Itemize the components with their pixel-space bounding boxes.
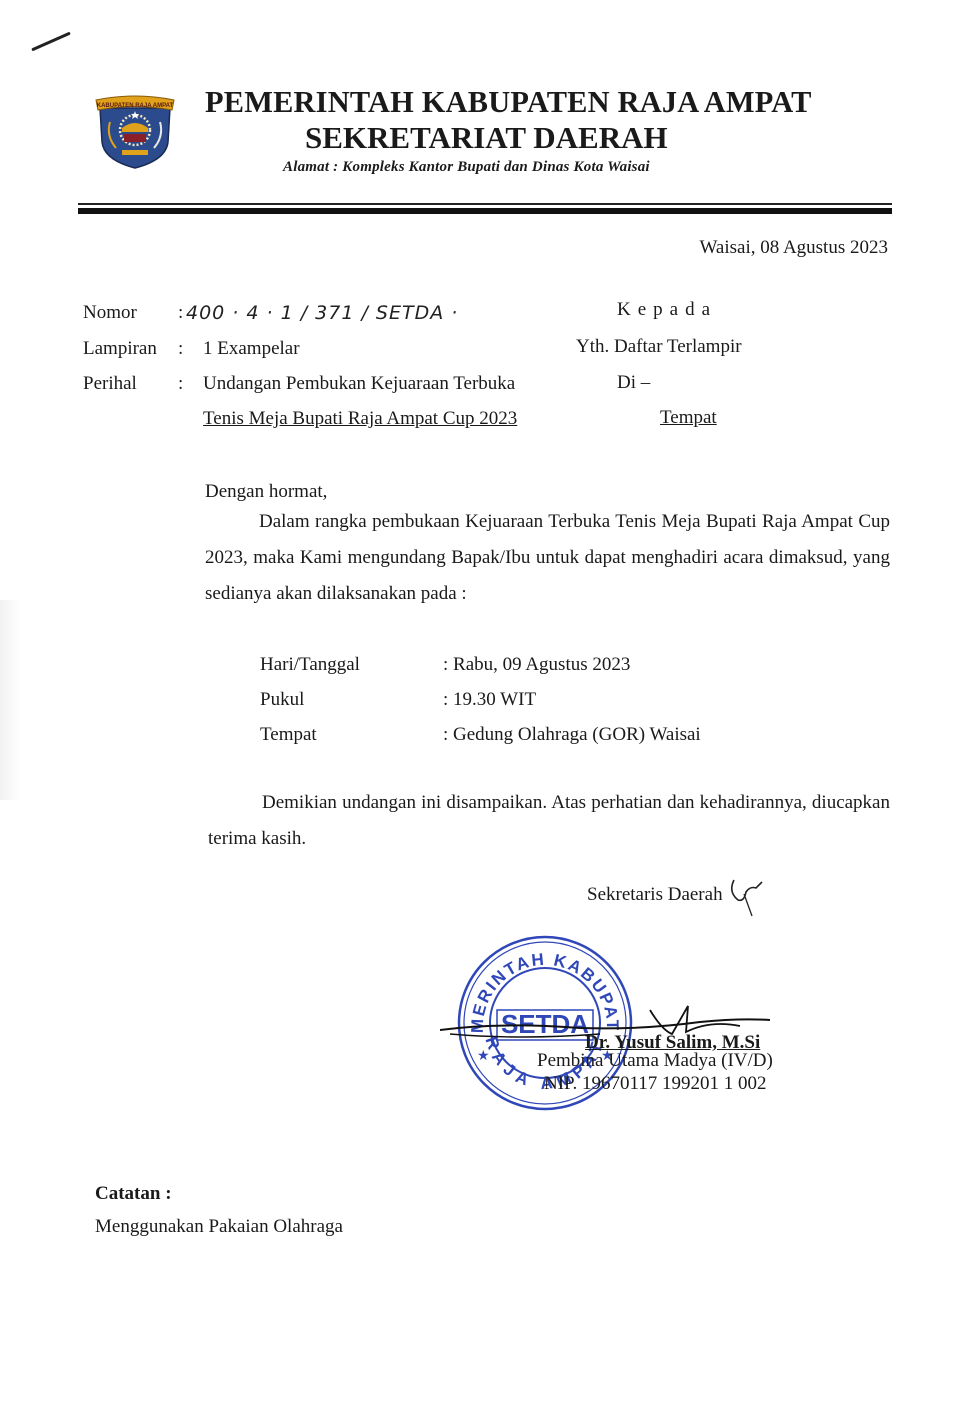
note-value: Menggunakan Pakaian Olahraga	[95, 1216, 343, 1239]
paraf-icon	[728, 872, 764, 920]
signatory-title: Sekretaris Daerah	[587, 884, 723, 907]
note-label: Catatan :	[95, 1183, 172, 1206]
meta-value-perihal: Undangan Pembukan Kejuaraan Terbuka	[203, 373, 515, 396]
letterhead-address: Alamat : Kompleks Kantor Bupati dan Dina…	[283, 159, 650, 176]
pen-mark	[31, 32, 71, 52]
recipient-yth: Yth. Daftar Terlampir	[576, 336, 742, 359]
recipient-kepada: Kepada	[617, 299, 717, 322]
meta-colon: :	[178, 373, 183, 396]
salutation: Dengan hormat,	[205, 481, 327, 504]
letterhead-rule-thin	[78, 203, 892, 205]
meta-label-nomor: Nomor	[83, 302, 137, 325]
signatory-nip: NIP. 19670117 199201 1 002	[544, 1073, 767, 1096]
paragraph-closing: Demikian undangan ini disampaikan. Atas …	[208, 785, 890, 857]
detail-label-venue: Tempat	[260, 724, 317, 747]
svg-text:KABUPATEN RAJA AMPAT: KABUPATEN RAJA AMPAT	[97, 103, 174, 109]
detail-label-time: Pukul	[260, 689, 304, 712]
recipient-di: Di –	[617, 372, 650, 395]
detail-label-date: Hari/Tanggal	[260, 654, 360, 677]
letterhead-government: PEMERINTAH KABUPATEN RAJA AMPAT	[205, 84, 812, 120]
meta-value-nomor: 400 · 4 · 1 / 371 / SETDA ·	[186, 302, 458, 324]
page-shadow	[0, 600, 20, 800]
meta-label-perihal: Perihal	[83, 373, 137, 396]
regency-logo-icon: KABUPATEN RAJA AMPAT	[92, 94, 178, 170]
meta-value-perihal-line2: Tenis Meja Bupati Raja Ampat Cup 2023	[203, 408, 517, 431]
signatory-rank: Pembina Utama Madya (IV/D)	[537, 1050, 773, 1073]
detail-value-date: : Rabu, 09 Agustus 2023	[443, 654, 630, 677]
detail-value-venue: : Gedung Olahraga (GOR) Waisai	[443, 724, 701, 747]
meta-colon: :	[178, 302, 183, 325]
meta-value-lampiran: 1 Exampelar	[203, 338, 300, 361]
place-date: Waisai, 08 Agustus 2023	[700, 237, 888, 260]
paragraph-opening: Dalam rangka pembukaan Kejuaraan Terbuka…	[205, 504, 890, 612]
meta-label-lampiran: Lampiran	[83, 338, 157, 361]
letterhead-rule-thick	[78, 208, 892, 214]
meta-colon: :	[178, 338, 183, 361]
letterhead-office: SEKRETARIAT DAERAH	[305, 120, 668, 156]
recipient-tempat: Tempat	[660, 407, 717, 430]
detail-value-time: : 19.30 WIT	[443, 689, 536, 712]
svg-text:★: ★	[477, 1049, 490, 1064]
